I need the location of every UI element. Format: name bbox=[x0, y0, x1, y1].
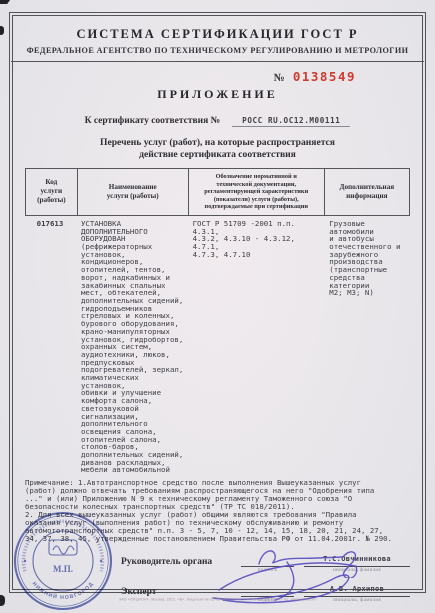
col-header-service-name: Наименование услуги (работы) bbox=[78, 169, 189, 215]
document-title: ПРИЛОЖЕНИЕ bbox=[25, 87, 410, 102]
printer-microprint: ЗАО «ОПЦИОН», Москва, 2012, «В». Лицензи… bbox=[109, 598, 327, 602]
additional-info-cell: Грузовые автомобили и автобусы отечестве… bbox=[325, 220, 410, 474]
signature-line bbox=[241, 550, 294, 567]
scan-artifact bbox=[0, 26, 4, 35]
name-caption: инициалы, фамилия bbox=[304, 568, 410, 573]
stamp-mp-label: М.П. bbox=[53, 564, 73, 574]
head-name: Т.С.Овчинникова bbox=[304, 555, 410, 567]
form-number-row: № 0138549 bbox=[25, 68, 410, 86]
form-number: 0138549 bbox=[293, 69, 356, 84]
numero-sign: № bbox=[274, 72, 285, 84]
header-divider bbox=[11, 61, 424, 62]
table-row: 017613 УСТАНОВКА ДОПОЛНИТЕЛЬНОГО ОБОРУДО… bbox=[25, 220, 410, 474]
normative-docs-cell: ГОСТ Р 51709 -2001 п.п. 4.3.1, 4.3.2, 4.… bbox=[189, 220, 326, 474]
col-header-additional-info: Дополнительная информация bbox=[325, 169, 409, 215]
service-name-cell: УСТАНОВКА ДОПОЛНИТЕЛЬНОГО ОБОРУДОВАН (ре… bbox=[77, 220, 189, 474]
head-signature-line: подпись bbox=[241, 550, 294, 573]
head-name-block: Т.С.Овчинникова инициалы, фамилия bbox=[304, 555, 410, 573]
signature-caption: подпись bbox=[241, 568, 294, 573]
round-stamp: НИЖНИЙ НОВГОРОД М.П. bbox=[12, 510, 114, 612]
col-header-service-code: Код услуги (работы) bbox=[26, 169, 78, 215]
agency-name: ФЕДЕРАЛЬНОЕ АГЕНТСТВО ПО ТЕХНИЧЕСКОМУ РЕ… bbox=[25, 46, 410, 55]
system-title: СИСТЕМА СЕРТИФИКАЦИИ ГОСТ Р bbox=[25, 27, 410, 42]
list-title: Перечень услуг (работ), на которые распр… bbox=[25, 137, 410, 160]
table-header-row: Код услуги (работы) Наименование услуги … bbox=[25, 168, 410, 216]
certificate-reference: К сертификату соответствия № РОСС RU.ОС1… bbox=[25, 110, 410, 128]
document-inner-frame: СИСТЕМА СЕРТИФИКАЦИИ ГОСТ Р ФЕДЕРАЛЬНОЕ … bbox=[12, 15, 423, 590]
services-table: Код услуги (работы) Наименование услуги … bbox=[25, 168, 410, 474]
col-header-normative-docs: Обозначение нормативной и технической до… bbox=[189, 169, 325, 215]
certificate-number: РОСС RU.ОС12.М00111 bbox=[232, 116, 350, 127]
certificate-appendix-page: СИСТЕМА СЕРТИФИКАЦИИ ГОСТ Р ФЕДЕРАЛЬНОЕ … bbox=[0, 0, 435, 613]
signature-line bbox=[241, 580, 294, 597]
expert-name: А.В. Архипов bbox=[304, 585, 410, 597]
certificate-label: К сертификату соответствия № bbox=[85, 116, 221, 126]
document-frame: СИСТЕМА СЕРТИФИКАЦИИ ГОСТ Р ФЕДЕРАЛЬНОЕ … bbox=[9, 12, 426, 593]
scan-artifact bbox=[0, 595, 5, 606]
head-role-label: Руководитель органа bbox=[121, 557, 239, 573]
service-code-cell: 017613 bbox=[25, 220, 77, 474]
head-signature-row: Руководитель органа подпись Т.С.Овчинник… bbox=[121, 550, 410, 573]
signature-block: Руководитель органа подпись Т.С.Овчинник… bbox=[121, 550, 410, 603]
scan-artifact bbox=[0, 0, 10, 4]
